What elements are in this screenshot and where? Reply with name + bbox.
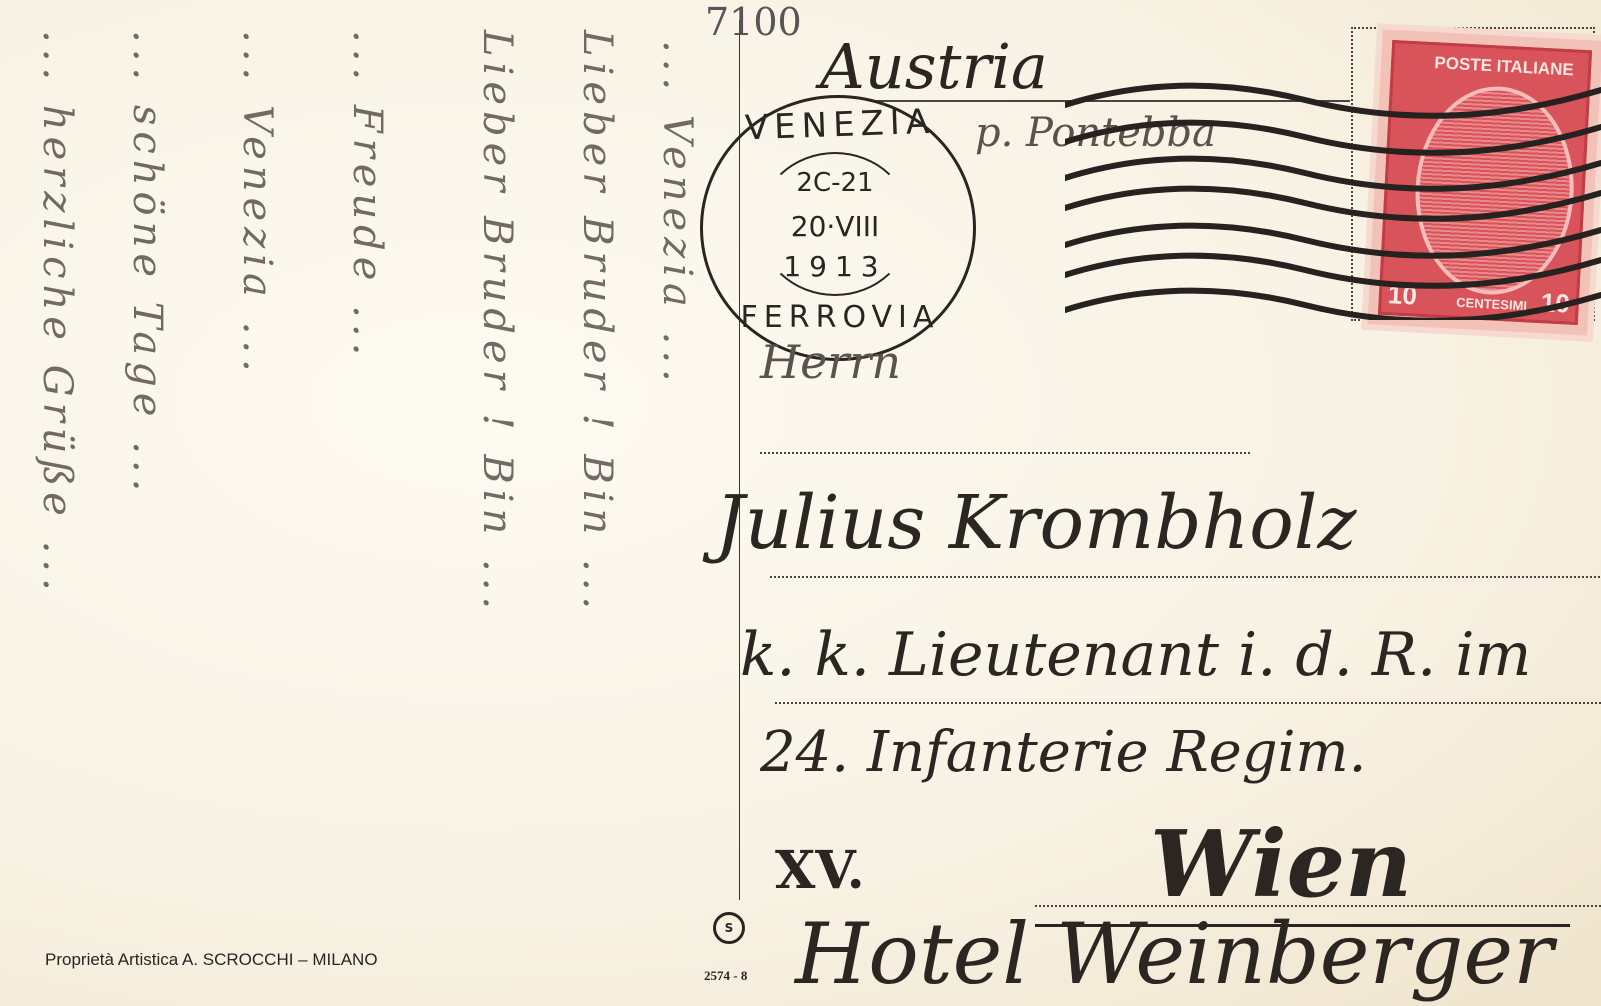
- wavy-cancellation-icon: [1065, 80, 1601, 320]
- postmark-year: 1913: [770, 250, 900, 283]
- message-column: ... Venezia ...: [234, 30, 280, 378]
- address-line-1: [760, 452, 1250, 454]
- address-hotel: Hotel Weinberger: [795, 905, 1553, 1003]
- message-column: ... Freude ...: [344, 30, 390, 361]
- publisher-imprint: Proprietà Artistica A. SCROCCHI – MILANO: [45, 950, 378, 970]
- address-city: Wien: [1150, 810, 1412, 918]
- address-country: Austria: [820, 30, 1048, 103]
- publisher-monogram-icon: S: [713, 912, 745, 944]
- postmark-time: 2C-21: [770, 168, 900, 198]
- card-number: 2574 - 8: [704, 968, 747, 984]
- stamp-country-text: POSTE ITALIANE: [1424, 53, 1585, 81]
- address-salutation: Herrn: [760, 335, 901, 389]
- postmark-city: VENEZIA: [729, 101, 950, 149]
- address-line-2: [770, 576, 1600, 578]
- postcard: ... herzliche Grüße ... ... schöne Tage …: [0, 0, 1601, 1006]
- address-rank: k. k. Lieutenant i. d. R. im: [740, 620, 1531, 690]
- address-name: Julius Krombholz: [715, 480, 1356, 566]
- message-column: ... schöne Tage ...: [124, 30, 170, 497]
- message-column: Lieber Bruder ! Bin ...: [574, 30, 620, 615]
- address-line-3: [775, 702, 1601, 704]
- postmark-office: FERROVIA: [730, 300, 950, 335]
- address-unit: 24. Infanterie Regim.: [760, 720, 1366, 785]
- message-column: ... herzliche Grüße ...: [34, 30, 80, 597]
- message-column: Lieber Bruder ! Bin ...: [474, 30, 520, 615]
- postmark-date: 20·VIII: [760, 210, 910, 243]
- message-column: ... Venezia ...: [654, 40, 700, 388]
- address-district: XV.: [775, 840, 865, 901]
- pencil-note: 7100: [705, 0, 802, 44]
